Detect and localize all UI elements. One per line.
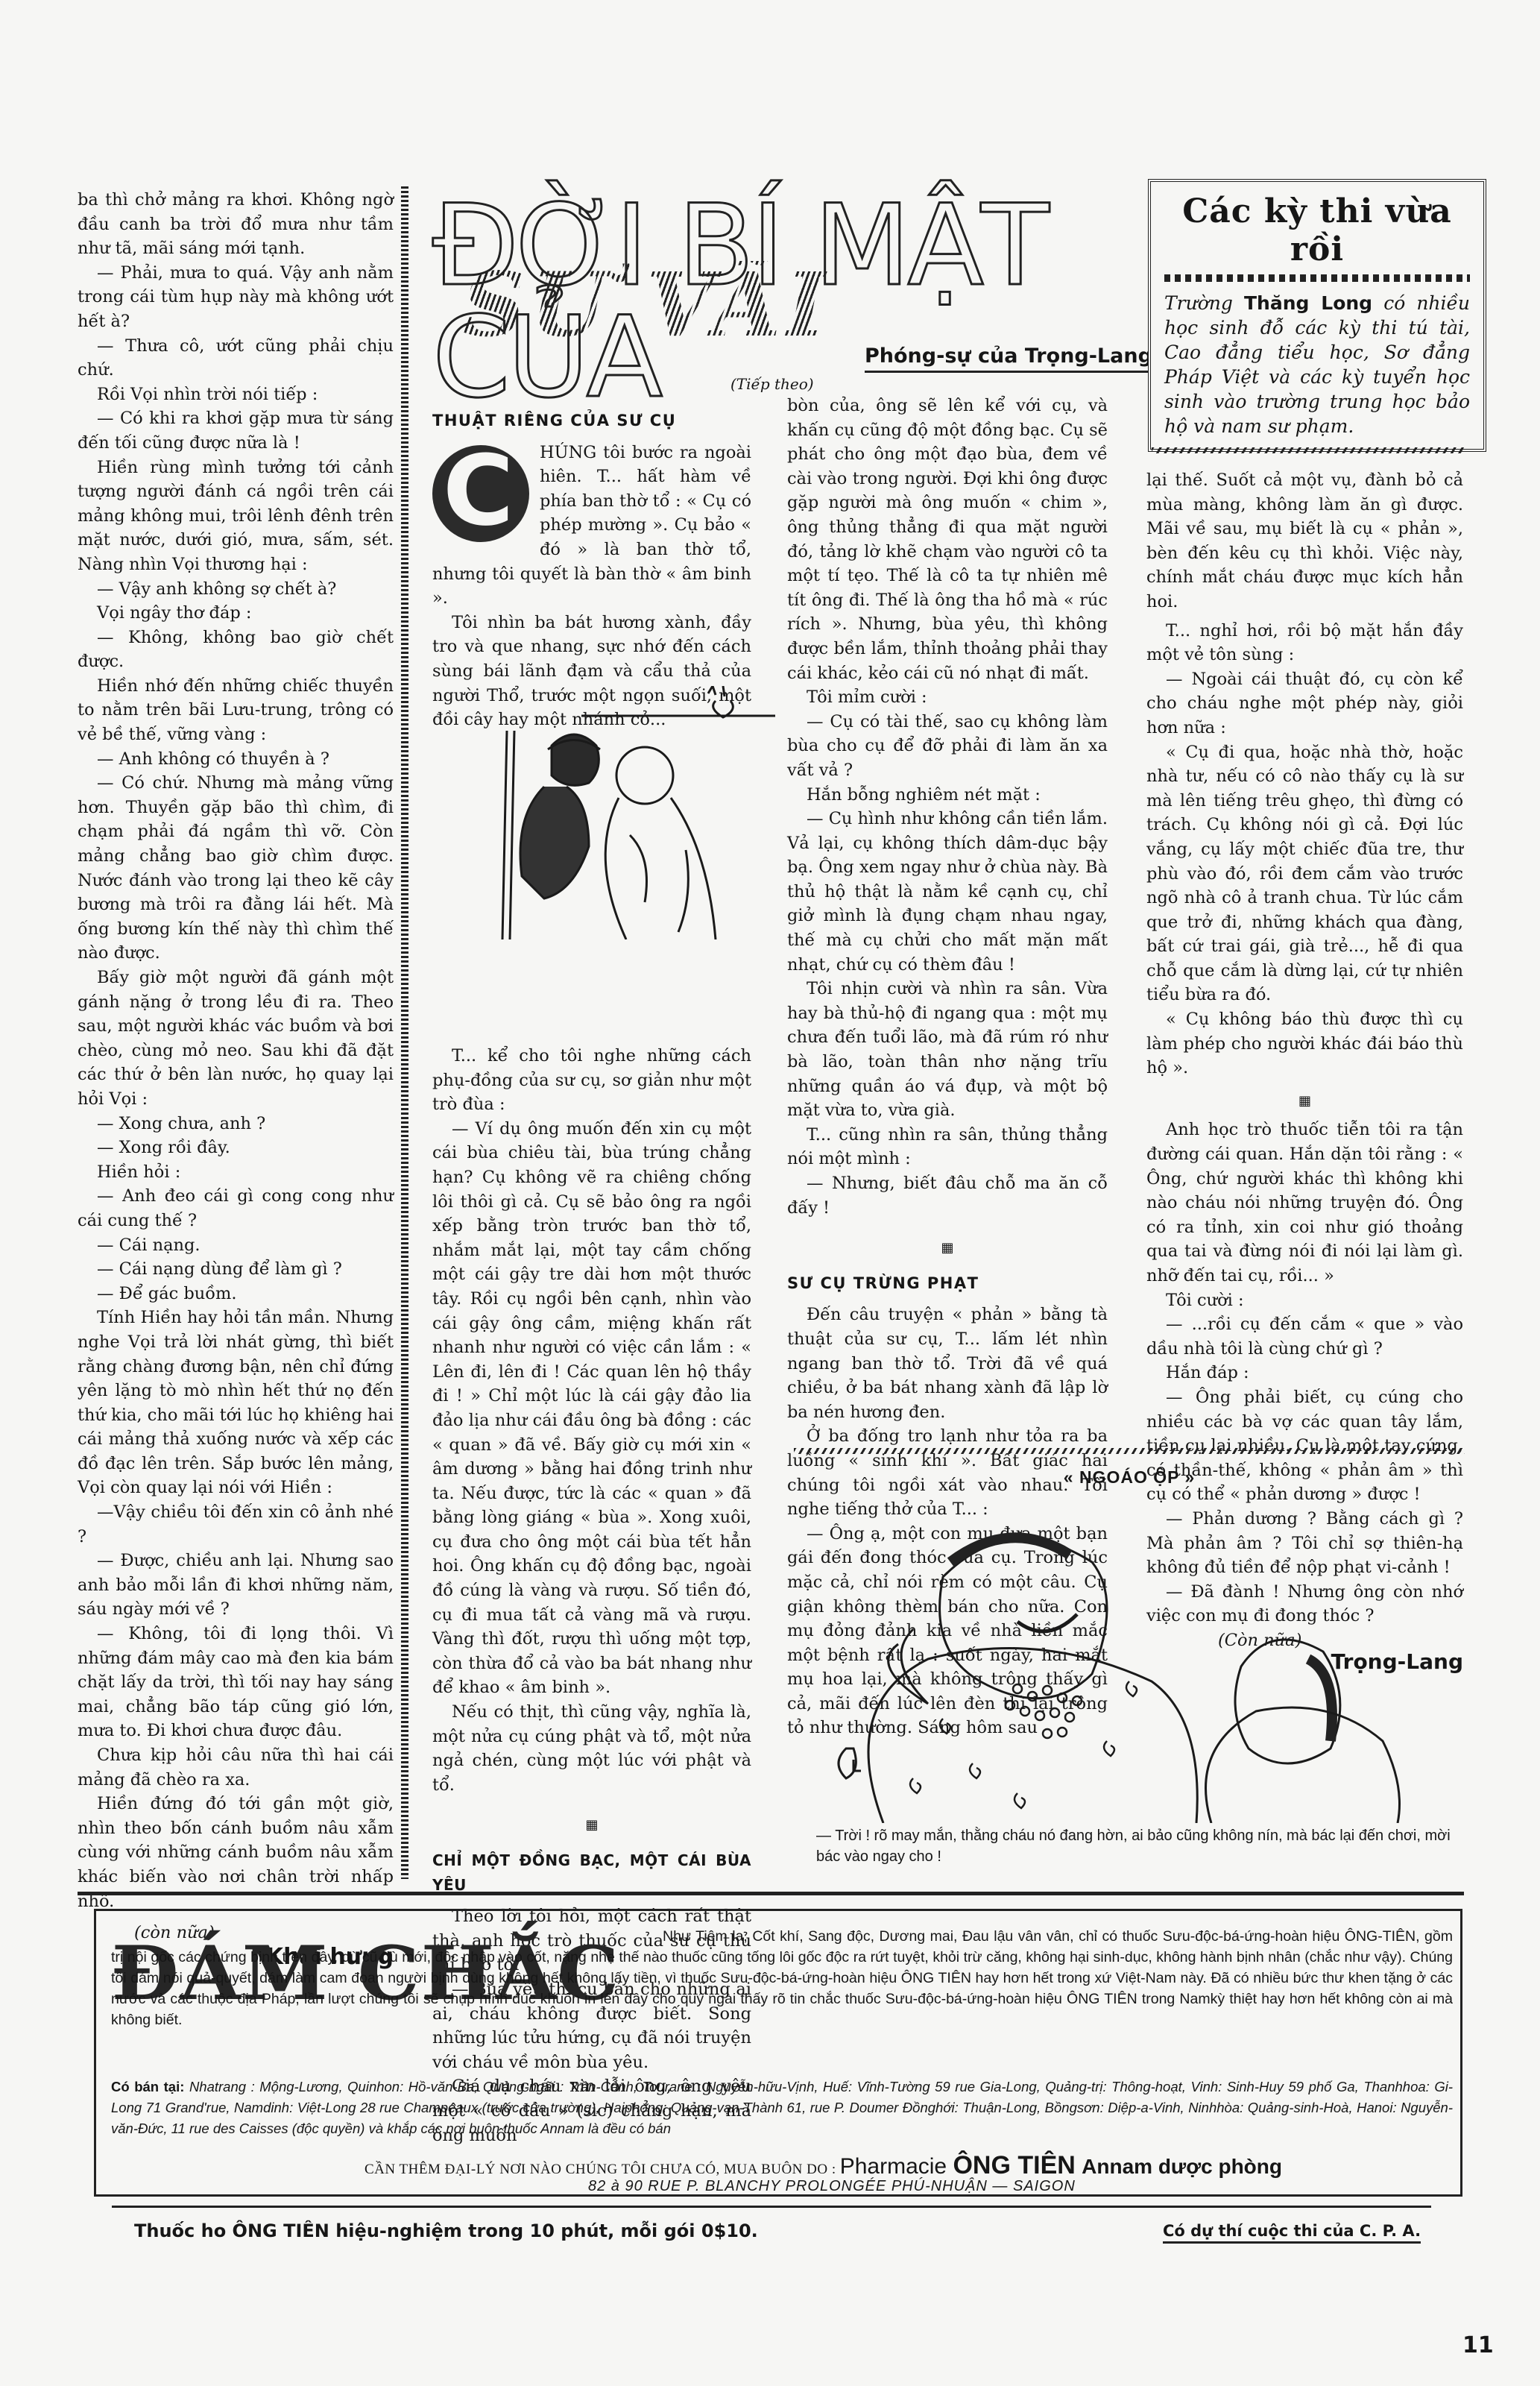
paragraph: Vọi ngây thơ đáp : bbox=[78, 601, 394, 626]
cartoon-caption: — Trời ! rõ may mắn, thằng cháu nó đang … bbox=[816, 1825, 1457, 1867]
ad-stockists: Có bán tại: Nhatrang : Mộng-Lương, Quinh… bbox=[111, 2077, 1453, 2139]
section-heading: SƯ CỤ TRỪNG PHẠT bbox=[787, 1271, 1108, 1296]
paragraph: — Được, chiều anh lại. Nhưng sao anh bảo… bbox=[78, 1549, 394, 1622]
paragraph: Hiền rùng mình tưởng tới cảnh tượng ngườ… bbox=[78, 456, 394, 577]
paragraph: T... kể cho tôi nghe những cách phụ-đồng… bbox=[432, 1044, 751, 1117]
pharmacy-suffix: Annam dược phòng bbox=[1082, 2155, 1282, 2178]
paragraph: — Anh không có thuyền à ? bbox=[78, 747, 394, 772]
agents-label: CẦN THÊM ĐẠI-LÝ NƠI NÀO CHÚNG TÔI CHƯA C… bbox=[365, 2162, 836, 2177]
box-text-before: Trường bbox=[1164, 292, 1233, 314]
paragraph: — Ví dụ ông muốn đến xin cụ một cái bùa … bbox=[432, 1117, 751, 1700]
paragraph: — Nhưng, biết đâu chỗ ma ăn cỗ đấy ! bbox=[787, 1171, 1108, 1220]
ad-footer-rule bbox=[112, 2206, 1431, 2208]
cartoon-panel: « NGOÁO ỘP » — bbox=[794, 1461, 1465, 1879]
paragraph: Tính Hiền hay hỏi tần mần. Nhưng nghe Vọ… bbox=[78, 1306, 394, 1500]
stockists-label: Có bán tại: bbox=[111, 2079, 184, 2094]
paragraph: — Cái nạng dùng để làm gì ? bbox=[78, 1257, 394, 1282]
paragraph: — Cụ có tài thế, sao cụ không làm bùa ch… bbox=[787, 710, 1108, 783]
dropcap-letter: C bbox=[443, 442, 514, 539]
paragraph: Tôi cười : bbox=[1146, 1288, 1463, 1313]
paragraph: T... nghỉ hơi, rồi bộ mặt hắn đầy một vẻ… bbox=[1146, 619, 1463, 667]
title-line2: SƯ VÃI bbox=[462, 261, 830, 349]
ad-footer-left: Thuốc ho ÔNG TIÊN hiệu-nghiệm trong 10 p… bbox=[134, 2220, 758, 2241]
paragraph: — ...rồi cụ đến cắm « que » vào dầu nhà … bbox=[1146, 1312, 1463, 1361]
box-title: Các kỳ thi vừa rồi bbox=[1164, 192, 1470, 268]
section-heading: CHỈ MỘT ĐỒNG BẠC, MỘT CÁI BÙA YÊU bbox=[432, 1848, 751, 1897]
section-ornament: ▦ bbox=[432, 1813, 751, 1838]
ad-footer-right: Có dự thí cuộc thi của C. P. A. bbox=[1163, 2222, 1421, 2244]
paragraph: Tôi nhịn cười và nhìn ra sân. Vừa hay bà… bbox=[787, 977, 1108, 1123]
feature-title: ĐỜI BÍ MẬT CỦA SƯ VÃI bbox=[432, 183, 1148, 362]
ad-top-rule bbox=[78, 1892, 1464, 1895]
page-number: 11 bbox=[1462, 2332, 1494, 2358]
monk-illustration bbox=[462, 686, 775, 939]
ad-address: 82 à 90 RUE P. BLANCHY PROLONGÉE PHÚ-NHU… bbox=[588, 2176, 1076, 2197]
paragraph: Đến câu truyện « phản » bằng tà thuật củ… bbox=[787, 1303, 1108, 1424]
paragraph: Chưa kịp hỏi câu nữa thì hai cái mảng đã… bbox=[78, 1743, 394, 1792]
paragraph: — Cái nạng. bbox=[78, 1233, 394, 1258]
paragraph: — Cụ hình như không cần tiền lắm. Vả lại… bbox=[787, 807, 1108, 977]
paragraph: « Cụ đi qua, hoặc nhà thờ, hoặc nhà tư, … bbox=[1146, 740, 1463, 1008]
cartoon-drawing-icon bbox=[794, 1495, 1465, 1823]
school-name: Thăng Long bbox=[1244, 292, 1372, 314]
paragraph: Anh học trò thuốc tiễn tôi ra tận đường … bbox=[1146, 1118, 1463, 1288]
section-ornament: ▦ bbox=[1146, 1089, 1463, 1114]
paragraph: — Để gác buồm. bbox=[78, 1282, 394, 1306]
paragraph: — Có khi ra khơi gặp mưa từ sáng đến tối… bbox=[78, 406, 394, 455]
byline: Phóng-sự của Trọng-Lang bbox=[865, 344, 1152, 373]
paragraph: —Vậy chiều tôi đến xin cô ảnh nhé ? bbox=[78, 1500, 394, 1549]
paragraph: — Ngoài cái thuật đó, cụ còn kể cho cháu… bbox=[1146, 667, 1463, 740]
exam-results-box: Các kỳ thi vừa rồi Trường Thăng Long có … bbox=[1148, 179, 1486, 452]
paragraph: — Vậy anh không sợ chết à? bbox=[78, 577, 394, 602]
paragraph: Tôi mỉm cười : bbox=[787, 685, 1108, 710]
paragraph: — Xong rồi đây. bbox=[78, 1136, 394, 1160]
monk-drawing-icon bbox=[462, 686, 775, 939]
paragraph: lại thế. Suốt cả một vụ, đành bỏ cả mùa … bbox=[1146, 468, 1463, 614]
box-body: Trường Thăng Long có nhiều học sinh đỗ c… bbox=[1164, 291, 1470, 438]
paragraph: — Không, tôi đi lọng thôi. Vì những đám … bbox=[78, 1622, 394, 1743]
paragraph: Hiền nhớ đến những chiếc thuyền to nằm t… bbox=[78, 674, 394, 747]
paragraph: — Anh đeo cái gì cong cong như cái cung … bbox=[78, 1184, 394, 1233]
box-text-after: có nhiều học sinh đỗ các kỳ thi tú tài, … bbox=[1164, 292, 1470, 437]
dropcap-c: C bbox=[432, 445, 529, 542]
advertisement: ĐÁM CHẮC Như Tiêm la, Cốt khí, Sang độc,… bbox=[94, 1909, 1462, 2197]
paragraph: — Có chứ. Nhưng mà mảng vững hơn. Thuyền… bbox=[78, 771, 394, 966]
paragraph: Bấy giờ một người đã gánh một gánh nặng … bbox=[78, 966, 394, 1112]
paragraph: bòn của, ông sẽ lên kể với cụ, và khấn c… bbox=[787, 394, 1108, 685]
stockists-list: Nhatrang : Mộng-Lương, Quinhon: Hồ-văn-B… bbox=[111, 2079, 1453, 2136]
ad-intro: Như Tiêm la, Cốt khí, Sang độc, Dương ma… bbox=[111, 1926, 1453, 2030]
serial-story-column: ba thì chở mảng ra khơi. Không ngờ đầu c… bbox=[78, 188, 394, 1969]
paragraph: — Không, không bao giờ chết được. bbox=[78, 626, 394, 674]
paragraph: Hắn đáp : bbox=[1146, 1361, 1463, 1385]
paragraph: — Xong chưa, anh ? bbox=[78, 1112, 394, 1136]
feature-column-1: THUẬT RIÊNG CỦA SƯ CỤ C HÚNG tôi bước ra… bbox=[432, 401, 751, 732]
paragraph: Rồi Vọi nhìn trời nói tiếp : bbox=[78, 383, 394, 407]
ornamental-rule bbox=[1152, 447, 1465, 453]
cartoon-title: « NGOÁO ỘP » bbox=[794, 1467, 1465, 1488]
paragraph: — Phải, mưa to quá. Vậy anh nằm trong cá… bbox=[78, 261, 394, 334]
section-ornament: ▦ bbox=[787, 1236, 1108, 1261]
paragraph: « Cụ không báo thù được thì cụ làm phép … bbox=[1146, 1007, 1463, 1080]
section-heading: THUẬT RIÊNG CỦA SƯ CỤ bbox=[432, 409, 751, 433]
paragraph: Hiền hỏi : bbox=[78, 1160, 394, 1185]
paragraph: ba thì chở mảng ra khơi. Không ngờ đầu c… bbox=[78, 188, 394, 261]
dotted-rule bbox=[1164, 274, 1470, 282]
continued-from: (Tiếp theo) bbox=[730, 375, 814, 393]
ornamental-rule bbox=[794, 1448, 1465, 1454]
paragraph: Hắn bỗng nghiêm nét mặt : bbox=[787, 783, 1108, 808]
paragraph: T... cũng nhìn ra sân, thủng thẳng nói m… bbox=[787, 1123, 1108, 1171]
paragraph: Nếu có thịt, thì cũng vậy, nghĩa là, một… bbox=[432, 1700, 751, 1797]
paragraph: — Thưa cô, ướt cũng phải chịu chứ. bbox=[78, 334, 394, 383]
column-divider bbox=[401, 186, 408, 1879]
